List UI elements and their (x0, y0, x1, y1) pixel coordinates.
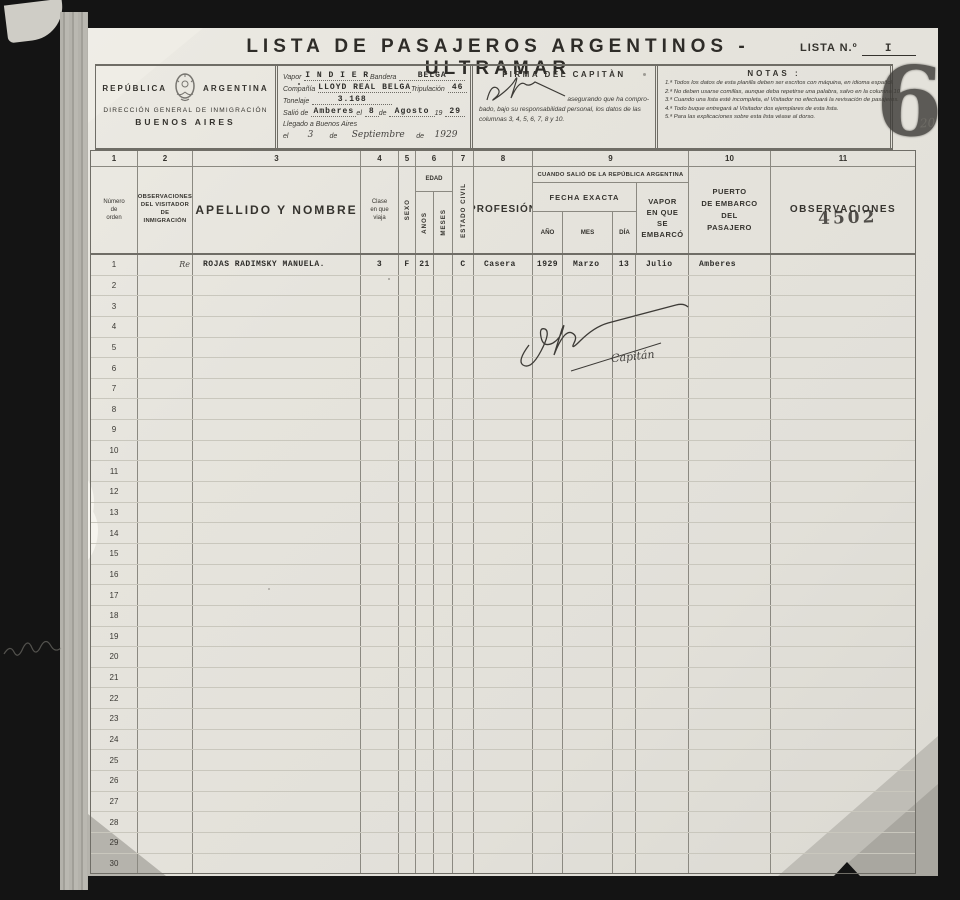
row-number: 23 (91, 709, 138, 729)
table-row: 29 (91, 833, 915, 854)
cell-dia (613, 379, 636, 399)
lista-number-label: LISTA N.º (800, 42, 858, 54)
cell-name (193, 379, 361, 399)
cell-ano (533, 276, 563, 296)
column-number-row: 1 2 3 4 5 6 7 8 9 10 11 (91, 151, 915, 167)
cell-observaciones (771, 854, 915, 874)
cell-name (193, 317, 361, 337)
cell-observaciones (771, 420, 915, 440)
visitor-mark (138, 420, 193, 440)
cell-mes (563, 338, 613, 358)
cell-vapor (636, 503, 689, 523)
cell-vapor (636, 544, 689, 564)
vapor-label: Vapor (283, 74, 301, 81)
visitor-mark (138, 709, 193, 729)
cell-ano (533, 750, 563, 770)
cell-mes (563, 771, 613, 791)
salio-port: Amberes (311, 107, 356, 117)
table-row: 11 (91, 461, 915, 482)
visitor-mark (138, 296, 193, 316)
cell-puerto (689, 627, 771, 647)
visitor-mark (138, 461, 193, 481)
cell-profesion (474, 854, 533, 874)
cell-dia (613, 317, 636, 337)
cell-anos (416, 358, 434, 378)
cell-dia (613, 750, 636, 770)
table-row: 4 (91, 317, 915, 338)
cell-sexo (399, 544, 416, 564)
bandera-label: Bandera (370, 74, 396, 81)
cell-ano (533, 854, 563, 874)
cell-ano (533, 379, 563, 399)
cell-sexo (399, 379, 416, 399)
cell-sexo (399, 730, 416, 750)
cell-mes (563, 317, 613, 337)
table-row: 5 (91, 338, 915, 359)
cell-name (193, 606, 361, 626)
cell-name (193, 627, 361, 647)
salio-month: Agosto (389, 107, 434, 117)
cell-anos (416, 544, 434, 564)
scanned-form-page: LISTA DE PASAJEROS ARGENTINOS - ULTRAMAR… (88, 28, 938, 876)
cell-dia (613, 647, 636, 667)
header-apellido-nombre: APELLIDO Y NOMBRE (193, 167, 361, 253)
col-number-6: 6 (416, 151, 453, 166)
cell-clase (361, 358, 399, 378)
tripulacion-label: Tripulación (411, 86, 445, 93)
cell-vapor: Julio (636, 255, 689, 275)
cell-name (193, 482, 361, 502)
cell-vapor (636, 854, 689, 874)
row-number: 7 (91, 379, 138, 399)
cell-puerto (689, 606, 771, 626)
row-number: 14 (91, 523, 138, 543)
cell-ano (533, 420, 563, 440)
cell-name (193, 792, 361, 812)
cell-mes (563, 833, 613, 853)
cell-anos (416, 399, 434, 419)
row-number: 4 (91, 317, 138, 337)
cell-profesion (474, 461, 533, 481)
cell-mes (563, 441, 613, 461)
cell-name (193, 647, 361, 667)
cell-dia: 13 (613, 255, 636, 275)
cell-meses (434, 441, 453, 461)
cell-name (193, 833, 361, 853)
visitor-mark (138, 647, 193, 667)
cell-profesion (474, 296, 533, 316)
cell-observaciones (771, 792, 915, 812)
cell-vapor (636, 647, 689, 667)
cell-sexo (399, 585, 416, 605)
header-observaciones: OBSERVACIONES 4502 (771, 167, 915, 253)
cell-estado-civil (453, 317, 474, 337)
cell-anos: 21 (416, 255, 434, 275)
cell-observaciones (771, 523, 915, 543)
cell-mes (563, 812, 613, 832)
argentina-coat-of-arms-icon (172, 72, 198, 104)
cell-vapor (636, 523, 689, 543)
passenger-table: 1 2 3 4 5 6 7 8 9 10 11 Númerodeorden OB… (90, 150, 916, 874)
cell-clase (361, 771, 399, 791)
header-meses: MESES (434, 192, 452, 253)
row-number: 15 (91, 544, 138, 564)
cell-profesion (474, 647, 533, 667)
table-header-row: Númerodeorden OBSERVACIONESDEL VISITADOR… (91, 167, 915, 255)
cell-sexo (399, 482, 416, 502)
cell-name (193, 276, 361, 296)
cell-clase (361, 585, 399, 605)
header-dia: DÍA (613, 212, 636, 253)
cell-profesion (474, 441, 533, 461)
cell-ano (533, 565, 563, 585)
visitor-mark (138, 317, 193, 337)
row-number: 5 (91, 338, 138, 358)
table-row: 9 (91, 420, 915, 441)
cell-vapor (636, 399, 689, 419)
cell-estado-civil (453, 399, 474, 419)
cell-anos (416, 276, 434, 296)
cell-meses (434, 379, 453, 399)
margin-scribble (2, 630, 64, 664)
cell-anos (416, 812, 434, 832)
cell-dia (613, 771, 636, 791)
cell-meses (434, 647, 453, 667)
row-number: 9 (91, 420, 138, 440)
col-number-4: 4 (361, 151, 399, 166)
table-row: 26 (91, 771, 915, 792)
cell-meses (434, 668, 453, 688)
llegado-label: Llegado a Buenos Aires (283, 121, 357, 128)
header-cuando-salio: CUANDO SALIÓ DE LA REPÚBLICA ARGENTINA (533, 167, 688, 183)
bandera-value: BELGA (399, 71, 465, 81)
cell-observaciones (771, 482, 915, 502)
row-number: 12 (91, 482, 138, 502)
visitor-mark (138, 544, 193, 564)
cell-meses (434, 627, 453, 647)
cell-ano (533, 730, 563, 750)
cell-sexo (399, 627, 416, 647)
cell-mes (563, 544, 613, 564)
visitor-mark (138, 668, 193, 688)
header-observaciones-visitador: OBSERVACIONESDEL VISITADOR DEINMIGRACIÓN (138, 167, 193, 253)
cell-name (193, 854, 361, 874)
issuer-box: REPÚBLICA ARGENTINA DIRECCIÓN GENERAL DE… (95, 66, 278, 148)
cell-mes (563, 503, 613, 523)
llegado-month: Septiembre (340, 130, 416, 140)
cell-meses (434, 317, 453, 337)
cell-observaciones (771, 709, 915, 729)
cell-estado-civil (453, 296, 474, 316)
cell-estado-civil (453, 606, 474, 626)
cell-anos (416, 709, 434, 729)
salio-el-label: el (356, 110, 361, 117)
cell-estado-civil: C (453, 255, 474, 275)
cell-vapor (636, 317, 689, 337)
cell-estado-civil (453, 750, 474, 770)
cell-meses (434, 750, 453, 770)
table-row: 22 (91, 688, 915, 709)
cell-observaciones (771, 503, 915, 523)
cell-mes (563, 565, 613, 585)
cell-observaciones (771, 399, 915, 419)
visitor-mark (138, 276, 193, 296)
cell-ano (533, 709, 563, 729)
header-fecha-exacta: FECHA EXACTA (533, 183, 636, 212)
cell-ano (533, 503, 563, 523)
row-number: 27 (91, 792, 138, 812)
cell-vapor (636, 441, 689, 461)
cell-dia (613, 503, 636, 523)
cell-clase (361, 606, 399, 626)
cell-mes (563, 627, 613, 647)
col-number-2: 2 (138, 151, 193, 166)
notas-list: 1.ª Todos los datos de esta planilla deb… (665, 80, 883, 120)
header-sexo: SEXO (399, 167, 416, 253)
cell-anos (416, 296, 434, 316)
row-number: 30 (91, 854, 138, 874)
cell-sexo (399, 461, 416, 481)
cell-clase (361, 812, 399, 832)
cell-ano (533, 647, 563, 667)
cell-vapor (636, 730, 689, 750)
cell-estado-civil (453, 647, 474, 667)
row-number: 3 (91, 296, 138, 316)
table-row: 21 (91, 668, 915, 689)
cell-profesion (474, 627, 533, 647)
cell-meses (434, 771, 453, 791)
cell-profesion (474, 358, 533, 378)
row-number: 6 (91, 358, 138, 378)
cell-name (193, 688, 361, 708)
cell-clase (361, 647, 399, 667)
cell-puerto (689, 338, 771, 358)
cell-clase (361, 688, 399, 708)
cell-observaciones (771, 441, 915, 461)
cell-ano (533, 833, 563, 853)
cell-vapor (636, 606, 689, 626)
header-fecha-exacta-group: FECHA EXACTA AÑO MES DÍA (533, 183, 637, 253)
cell-sexo (399, 276, 416, 296)
cell-profesion (474, 585, 533, 605)
header-estado-civil: ESTADO CIVIL (453, 167, 474, 253)
cell-observaciones (771, 461, 915, 481)
row-number: 19 (91, 627, 138, 647)
row-number: 28 (91, 812, 138, 832)
cell-puerto (689, 668, 771, 688)
header-salida-group: CUANDO SALIÓ DE LA REPÚBLICA ARGENTINA F… (533, 167, 689, 253)
cell-dia (613, 544, 636, 564)
cell-puerto (689, 792, 771, 812)
cell-clase (361, 441, 399, 461)
cell-mes (563, 647, 613, 667)
visitor-mark (138, 379, 193, 399)
cell-ano (533, 627, 563, 647)
cell-anos (416, 585, 434, 605)
cell-sexo (399, 668, 416, 688)
cell-sexo (399, 523, 416, 543)
cell-profesion: Casera (474, 255, 533, 275)
cell-profesion (474, 338, 533, 358)
visitor-mark (138, 812, 193, 832)
cell-sexo (399, 358, 416, 378)
cell-estado-civil (453, 441, 474, 461)
cell-dia (613, 730, 636, 750)
row-number: 24 (91, 730, 138, 750)
cell-anos (416, 730, 434, 750)
cell-sexo (399, 441, 416, 461)
visitor-mark (138, 750, 193, 770)
col-number-5: 5 (399, 151, 416, 166)
header-numero-orden: Númerodeorden (91, 167, 138, 253)
cell-profesion (474, 379, 533, 399)
cell-name (193, 812, 361, 832)
table-row: 20 (91, 647, 915, 668)
cell-dia (613, 461, 636, 481)
cell-clase (361, 750, 399, 770)
cell-vapor (636, 812, 689, 832)
cell-clase (361, 792, 399, 812)
cell-dia (613, 709, 636, 729)
table-row: 6 (91, 358, 915, 379)
table-body: Capitán 1 Re ROJAS RADIMSKY MANUELA. 3 F… (91, 255, 915, 873)
cell-clase (361, 461, 399, 481)
cell-estado-civil (453, 379, 474, 399)
visitor-mark (138, 441, 193, 461)
visitor-mark (138, 627, 193, 647)
col-number-3: 3 (193, 151, 361, 166)
cell-mes (563, 854, 613, 874)
cell-meses (434, 688, 453, 708)
cell-puerto (689, 647, 771, 667)
cell-sexo (399, 296, 416, 316)
cell-meses (434, 296, 453, 316)
cell-clase (361, 338, 399, 358)
cell-meses (434, 585, 453, 605)
cell-mes (563, 523, 613, 543)
cell-vapor (636, 420, 689, 440)
cell-profesion (474, 606, 533, 626)
header-vapor-embarco: VAPOREN QUESE EMBARCÓ (637, 183, 688, 253)
cell-clase (361, 503, 399, 523)
cell-puerto (689, 709, 771, 729)
cell-profesion (474, 709, 533, 729)
cell-name (193, 709, 361, 729)
page-number-stamp: 6 (874, 53, 938, 151)
cell-name: ROJAS RADIMSKY MANUELA. (193, 255, 361, 275)
cell-estado-civil (453, 688, 474, 708)
cell-sexo (399, 420, 416, 440)
cell-mes (563, 750, 613, 770)
cell-ano (533, 441, 563, 461)
col-number-7: 7 (453, 151, 474, 166)
cell-sexo (399, 771, 416, 791)
cell-profesion (474, 668, 533, 688)
cell-observaciones (771, 544, 915, 564)
header-anos: AÑOS (416, 192, 434, 253)
cell-ano (533, 317, 563, 337)
cell-profesion (474, 812, 533, 832)
cell-observaciones (771, 627, 915, 647)
cell-anos (416, 647, 434, 667)
cell-name (193, 730, 361, 750)
llegado-year: 1929 (427, 130, 465, 140)
visitor-mark (138, 792, 193, 812)
cell-estado-civil (453, 503, 474, 523)
cell-anos (416, 771, 434, 791)
cell-mes (563, 420, 613, 440)
cell-anos (416, 606, 434, 626)
table-row: 15 (91, 544, 915, 565)
cell-puerto (689, 441, 771, 461)
cell-estado-civil (453, 668, 474, 688)
notas-box: NOTAS : 1.ª Todos los datos de esta plan… (658, 66, 893, 148)
cell-meses (434, 338, 453, 358)
salio-day: 8 (365, 107, 379, 117)
cell-sexo (399, 688, 416, 708)
issuer-direccion: DIRECCIÓN GENERAL DE INMIGRACIÓN (96, 107, 275, 114)
cell-name (193, 565, 361, 585)
cell-estado-civil (453, 709, 474, 729)
cell-mes (563, 399, 613, 419)
cell-puerto (689, 833, 771, 853)
table-row: 13 (91, 503, 915, 524)
cell-anos (416, 441, 434, 461)
cell-meses (434, 255, 453, 275)
cell-anos (416, 854, 434, 874)
cell-ano (533, 482, 563, 502)
table-row: 28 (91, 812, 915, 833)
visitor-mark (138, 523, 193, 543)
cell-puerto (689, 750, 771, 770)
cell-puerto (689, 854, 771, 874)
cell-mes: Marzo (563, 255, 613, 275)
row-number: 16 (91, 565, 138, 585)
cell-estado-civil (453, 461, 474, 481)
cell-observaciones (771, 276, 915, 296)
cell-sexo (399, 854, 416, 874)
cell-ano: 1929 (533, 255, 563, 275)
cell-dia (613, 482, 636, 502)
col-number-11: 11 (771, 151, 915, 166)
header-edad-group: EDAD AÑOS MESES (416, 167, 453, 253)
cell-clase (361, 399, 399, 419)
cell-meses (434, 544, 453, 564)
cell-anos (416, 565, 434, 585)
visitor-mark (138, 482, 193, 502)
cell-name (193, 338, 361, 358)
visitor-mark (138, 833, 193, 853)
cell-mes (563, 585, 613, 605)
cell-anos (416, 750, 434, 770)
cell-estado-civil (453, 730, 474, 750)
cell-sexo (399, 503, 416, 523)
cell-anos (416, 379, 434, 399)
col-number-1: 1 (91, 151, 138, 166)
visitor-mark (138, 585, 193, 605)
cell-anos (416, 482, 434, 502)
cell-name (193, 503, 361, 523)
row-number: 17 (91, 585, 138, 605)
cell-meses (434, 812, 453, 832)
compania-value: LLOYD REAL BELGA (318, 83, 411, 93)
cell-clase (361, 565, 399, 585)
cell-observaciones (771, 379, 915, 399)
cell-vapor (636, 771, 689, 791)
header-clase: Claseen queviaja (361, 167, 399, 253)
cell-dia (613, 627, 636, 647)
cell-observaciones (771, 688, 915, 708)
